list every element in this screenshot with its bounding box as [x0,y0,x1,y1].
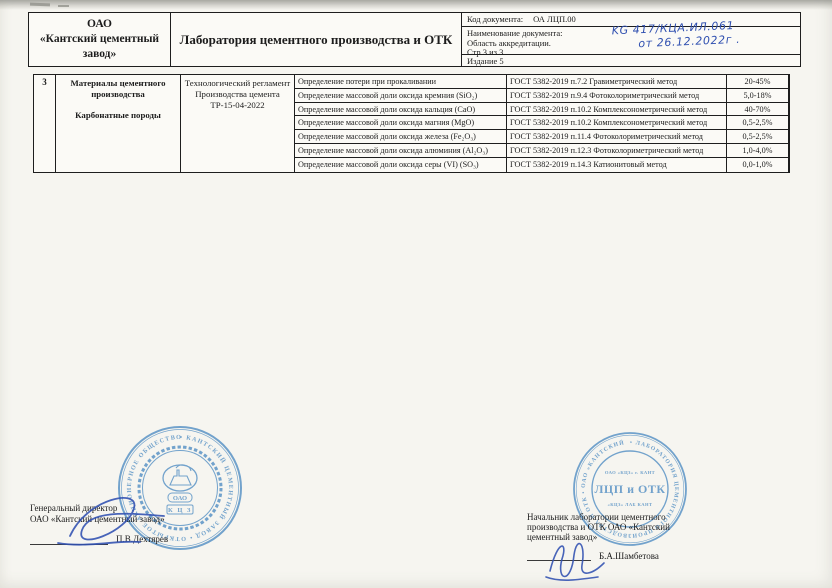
signature-underline [30,535,108,545]
scanned-document-page: { "colors": {"stamp_blue": "#5e9ad2", "i… [0,0,832,588]
table-row-method: ГОСТ 5382-2019 п.10.2 Комплексонометриче… [507,103,726,117]
lab-head-position: Начальник лаборатории цементного произво… [527,512,737,542]
doc-code-label: Код документа: [467,15,523,25]
table-row-method: ГОСТ 5382-2019 п.14.3 Катионитовый метод [507,158,726,172]
table-row-test: Определение массовой доли оксида кальция… [295,103,506,117]
edition-label: Издание 5 [467,57,504,67]
table-row-range: 1,0-4,0% [727,144,788,158]
table-row-range: 5,0-18% [727,89,788,103]
table-row-method: ГОСТ 5382-2019 п.12.3 Фотоколориметричес… [507,144,726,158]
director-position-line1: Генеральный директор [30,503,260,514]
scan-smudge [58,5,69,7]
edition-row: Издание 5 [462,55,800,69]
stamp-emblem [163,465,197,491]
stamp-center-title: ЛЦП и ОТК [594,482,665,496]
table-row-range: 0,5-2,5% [727,130,788,144]
director-signature-line: П.В.Дехтярев [30,534,260,545]
director-position-line2: ОАО «Кантский цементный завод» [30,514,260,525]
material-title: Материалы цементного производства [56,78,180,99]
stamp-top-line: ОАО «КЦЗ» г. КАНТ [605,470,655,475]
signature-underline [527,551,591,561]
lab-head-signature-block: Начальник лаборатории цементного произво… [527,512,737,561]
table-row-range: 0,5-2,5% [727,116,788,130]
test-name-column: Определение потери при прокаливании Опре… [295,75,507,172]
table-row-method: ГОСТ 5382-2019 п.7.2 Гравиметрический ме… [507,75,726,89]
material-cell: Материалы цементного производства Карбон… [56,75,181,172]
table-row-method: ГОСТ 5382-2019 п.9.4 Фотоколориметрическ… [507,89,726,103]
table-row-test: Определение массовой доли оксида алюмини… [295,144,506,158]
department-title: Лаборатория цементного производства и ОТ… [171,13,462,66]
table-row-test: Определение потери при прокаливании [295,75,506,89]
method-column: ГОСТ 5382-2019 п.7.2 Гравиметрический ме… [507,75,727,172]
table-row-test: Определение массовой доли оксида серы (V… [295,158,506,172]
director-name: П.В.Дехтярев [116,534,168,545]
accreditation-scope-table: 3 Материалы цементного производства Карб… [33,74,790,173]
lab-head-name: Б.А.Шамбетова [599,551,659,561]
table-row-test: Определение массовой доли оксида железа … [295,130,506,144]
table-row-test: Определение массовой доли оксида магния … [295,116,506,130]
table-row-range: 20-45% [727,75,788,89]
table-row-range: 40-70% [727,103,788,117]
stamp-org-abbrev: ОАО [173,495,187,502]
scanner-edge-band [0,0,832,10]
table-row-range: 0,0-1,0% [727,158,788,172]
material-subtitle: Карбонатные породы [56,110,180,121]
scan-smudge [30,3,50,7]
row-number-cell: 3 [34,75,56,172]
table-row-test: Определение массовой доли оксида кремния… [295,89,506,103]
stamp-bottom-line: «КЦЗ» ЛАБ КАНТ [608,502,653,507]
range-column: 20-45% 5,0-18% 40-70% 0,5-2,5% 0,5-2,5% … [727,75,789,172]
director-signature-block: Генеральный директор ОАО «Кантский цемен… [30,503,260,545]
regulation-cell: Технологический регламент Производства ц… [181,75,295,172]
organization-name: ОАО «Кантский цементный завод» [29,13,171,66]
table-row-method: ГОСТ 5382-2019 п.11.4 Фотоколориметричес… [507,130,726,144]
doc-code-value: ОА ЛЦП.00 [533,15,576,25]
table-row-method: ГОСТ 5382-2019 п.10.2 Комплексонометриче… [507,116,726,130]
lab-head-signature-line: Б.А.Шамбетова [527,551,737,561]
